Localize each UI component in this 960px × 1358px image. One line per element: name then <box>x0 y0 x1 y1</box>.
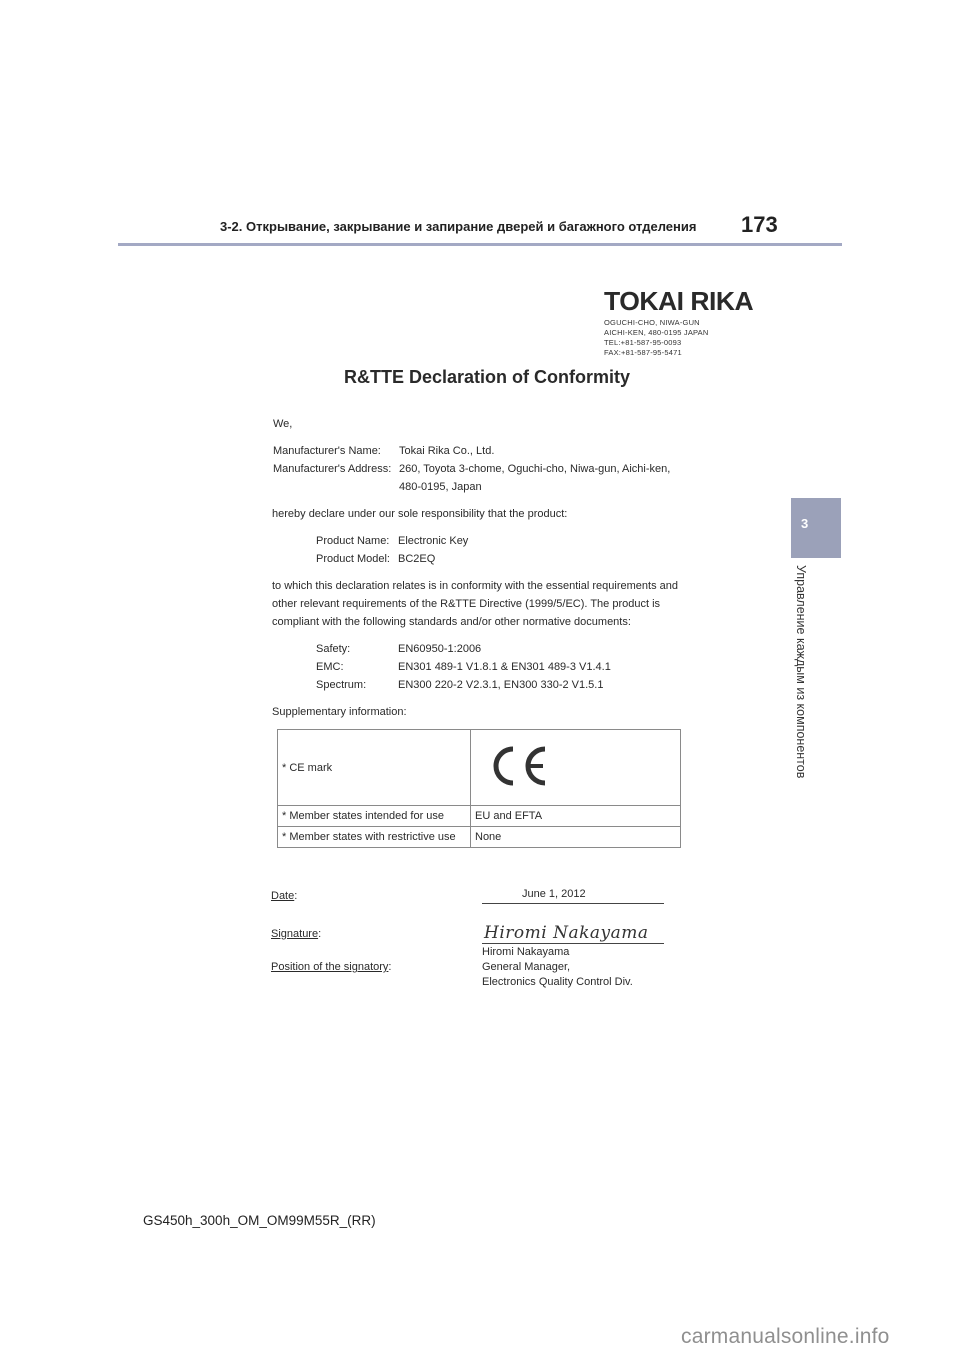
table-row: * Member states with restrictive use Non… <box>278 827 681 848</box>
product-name-label: Product Name: <box>316 535 389 547</box>
standard-label: Spectrum: <box>316 679 366 691</box>
watermark: carmanualsonline.info <box>681 1325 890 1349</box>
header-divider <box>118 243 842 246</box>
product-name: Electronic Key <box>398 535 468 547</box>
supplementary-label: Supplementary information: <box>272 706 407 718</box>
table-cell-value <box>471 730 681 806</box>
product-model-label: Product Model: <box>316 553 390 565</box>
signature-label-wrap: Signature: <box>271 928 321 940</box>
table-cell-label: * Member states with restrictive use <box>278 827 471 848</box>
position-label-wrap: Position of the signatory: <box>271 961 391 973</box>
company-address: OGUCHI-CHO, NIWA-GUN AICHI-KEN, 480-0195… <box>604 318 750 358</box>
standard-label: EMC: <box>316 661 344 673</box>
table-cell-label: * Member states intended for use <box>278 806 471 827</box>
greeting: We, <box>273 418 292 430</box>
date-value: June 1, 2012 <box>522 888 586 900</box>
document-code: GS450h_300h_OM_OM99M55R_(RR) <box>143 1213 376 1228</box>
address-line: AICHI-KEN, 480-0195 JAPAN <box>604 328 750 338</box>
manufacturer-address-line2: 480-0195, Japan <box>399 481 482 493</box>
chapter-title: Управление каждым из компонентов <box>782 565 808 805</box>
signatory-title: General Manager, <box>482 961 570 973</box>
section-title: 3-2. Открывание, закрывание и запирание … <box>220 219 696 234</box>
product-model: BC2EQ <box>398 553 435 565</box>
signatory-division: Electronics Quality Control Div. <box>482 976 633 988</box>
manufacturer-address-line1: 260, Toyota 3-chome, Oguchi-cho, Niwa-gu… <box>399 463 670 475</box>
date-line <box>482 903 664 904</box>
address-line: TEL:+81-587-95-0093 <box>604 338 750 348</box>
signature-line <box>482 943 664 944</box>
conformity-text-line: other relevant requirements of the R&TTE… <box>272 598 660 610</box>
address-line: FAX:+81-587-95-5471 <box>604 348 750 358</box>
position-label: Position of the signatory <box>271 961 388 973</box>
signature-label: Signature <box>271 928 318 940</box>
table-cell-value: EU and EFTA <box>471 806 681 827</box>
conformity-text-line: compliant with the following standards a… <box>272 616 631 628</box>
manufacturer-address-label: Manufacturer's Address: <box>273 463 391 475</box>
date-label: Date <box>271 890 294 902</box>
standard-label: Safety: <box>316 643 350 655</box>
company-logo: TOKAI RIKA <box>604 289 753 313</box>
table-cell-value: None <box>471 827 681 848</box>
chapter-number: 3 <box>801 516 808 531</box>
document-title: R&TTE Declaration of Conformity <box>0 367 960 388</box>
declaration-statement: hereby declare under our sole responsibi… <box>272 508 567 520</box>
page-number: 173 <box>741 212 778 238</box>
table-cell-label: * CE mark <box>278 730 471 806</box>
standard-value: EN60950-1:2006 <box>398 643 481 655</box>
standard-value: EN301 489-1 V1.8.1 & EN301 489-3 V1.4.1 <box>398 661 611 673</box>
standard-value: EN300 220-2 V2.3.1, EN300 330-2 V1.5.1 <box>398 679 603 691</box>
handwritten-signature: Hiromi Nakayama <box>484 923 649 943</box>
date-label-wrap: Date: <box>271 890 297 902</box>
table-row: * Member states intended for use EU and … <box>278 806 681 827</box>
address-line: OGUCHI-CHO, NIWA-GUN <box>604 318 750 328</box>
ce-mark-icon <box>487 745 549 790</box>
manufacturer-name-label: Manufacturer's Name: <box>273 445 381 457</box>
signatory-name: Hiromi Nakayama <box>482 946 569 958</box>
manufacturer-name: Tokai Rika Co., Ltd. <box>399 445 494 457</box>
company-letterhead: TOKAI RIKA OGUCHI-CHO, NIWA-GUN AICHI-KE… <box>604 289 750 358</box>
conformity-text-line: to which this declaration relates is in … <box>272 580 678 592</box>
table-row: * CE mark <box>278 730 681 806</box>
chapter-tab: 3 <box>791 498 841 558</box>
supplementary-table: * CE mark * Member states intended for u… <box>277 729 681 848</box>
